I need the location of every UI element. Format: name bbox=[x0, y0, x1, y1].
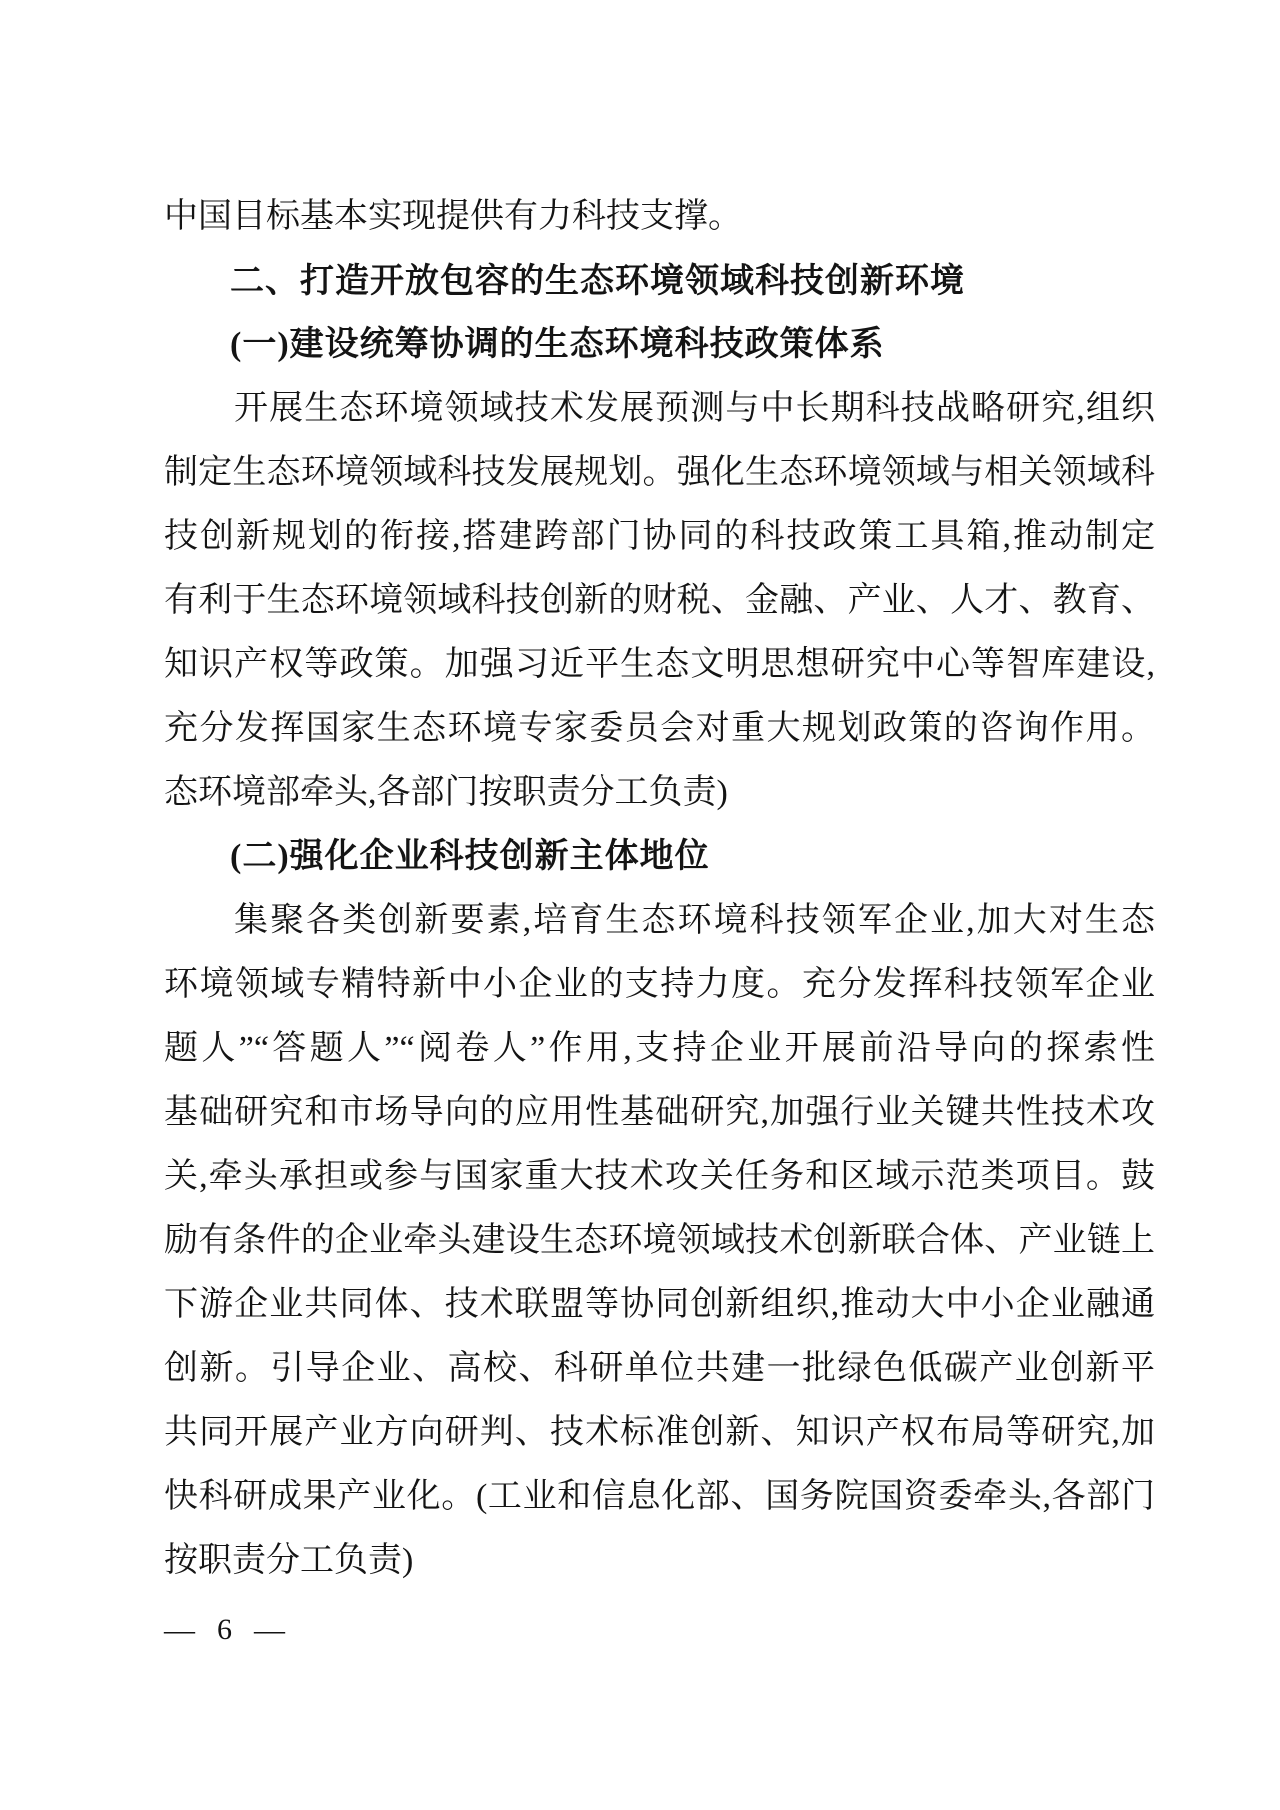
paragraph-line: 基础研究和市场导向的应用性基础研究,加强行业关键共性技术攻 bbox=[164, 1081, 1155, 1145]
paragraph-line: 共同开展产业方向研判、技术标准创新、知识产权布局等研究,加 bbox=[164, 1401, 1155, 1465]
footer-right-dash: — bbox=[254, 1612, 285, 1648]
document-page: 中国目标基本实现提供有力科技支撑。 二、打造开放包容的生态环境领域科技创新环境 … bbox=[0, 0, 1280, 1810]
paragraph-line: 知识产权等政策。加强习近平生态文明思想研究中心等智库建设, bbox=[164, 633, 1155, 697]
document-body: 中国目标基本实现提供有力科技支撑。 二、打造开放包容的生态环境领域科技创新环境 … bbox=[164, 185, 1155, 1593]
paragraph-line: 快科研成果产业化。(工业和信息化部、国务院国资委牵头,各部门 bbox=[164, 1465, 1155, 1529]
paragraph-line: 关,牵头承担或参与国家重大技术攻关任务和区域示范类项目。鼓 bbox=[164, 1145, 1155, 1209]
paragraph-line: 有利于生态环境领域科技创新的财税、金融、产业、人才、教育、 bbox=[164, 569, 1155, 633]
section-heading: 二、打造开放包容的生态环境领域科技创新环境 bbox=[164, 249, 1155, 313]
paragraph-line: 技创新规划的衔接,搭建跨部门协同的科技政策工具箱,推动制定 bbox=[164, 505, 1155, 569]
paragraph-line: 制定生态环境领域科技发展规划。强化生态环境领域与相关领域科 bbox=[164, 441, 1155, 505]
page-footer: — 6 — bbox=[164, 1600, 285, 1660]
continuation-paragraph-line: 中国目标基本实现提供有力科技支撑。 bbox=[164, 185, 1155, 249]
paragraph-line: 充分发挥国家生态环境专家委员会对重大规划政策的咨询作用。(生 bbox=[164, 697, 1155, 761]
paragraph-line: 集聚各类创新要素,培育生态环境科技领军企业,加大对生态 bbox=[164, 889, 1155, 953]
paragraph-line: 态环境部牵头,各部门按职责分工负责) bbox=[164, 761, 1155, 825]
paragraph-line: 开展生态环境领域技术发展预测与中长期科技战略研究,组织 bbox=[164, 377, 1155, 441]
subsection-2-heading: (二)强化企业科技创新主体地位 bbox=[164, 825, 1155, 889]
paragraph-line: 下游企业共同体、技术联盟等协同创新组织,推动大中小企业融通 bbox=[164, 1273, 1155, 1337]
paragraph-line: 环境领域专精特新中小企业的支持力度。充分发挥科技领军企业“出 bbox=[164, 953, 1155, 1017]
subsection-1-heading: (一)建设统筹协调的生态环境科技政策体系 bbox=[164, 313, 1155, 377]
paragraph-line: 创新。引导企业、高校、科研单位共建一批绿色低碳产业创新平台, bbox=[164, 1337, 1155, 1401]
page-number: 6 bbox=[217, 1613, 232, 1647]
paragraph-line: 按职责分工负责) bbox=[164, 1529, 1155, 1593]
paragraph-line: 励有条件的企业牵头建设生态环境领域技术创新联合体、产业链上 bbox=[164, 1209, 1155, 1273]
paragraph-line: 题人”“答题人”“阅卷人”作用,支持企业开展前沿导向的探索性 bbox=[164, 1017, 1155, 1081]
footer-left-dash: — bbox=[164, 1612, 195, 1648]
